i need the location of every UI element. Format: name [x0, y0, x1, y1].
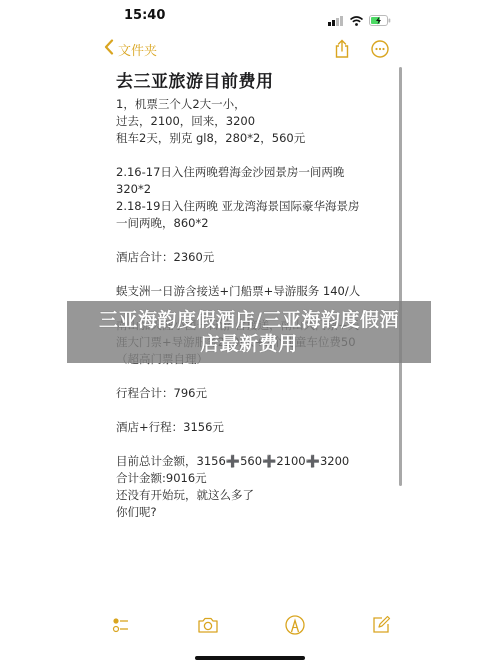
- note-title: 去三亚旅游目前费用: [116, 70, 396, 94]
- cellular-signal-icon: [328, 11, 344, 30]
- note-blank-line: [116, 232, 396, 249]
- note-line: 2.18-19日入住两晚 亚龙湾海景国际豪华海景房: [116, 198, 396, 215]
- more-icon: [370, 39, 390, 59]
- compose-button[interactable]: [370, 614, 392, 636]
- share-icon: [332, 39, 352, 59]
- note-line: 你们呢?: [116, 504, 396, 521]
- more-button[interactable]: [370, 39, 390, 59]
- note-line: 320*2: [116, 181, 396, 198]
- note-line: 2.16-17日入住两晚碧海金沙园景房一间两晚: [116, 164, 396, 181]
- status-icons: [328, 11, 391, 30]
- note-line: 蜈支洲一日游含接送+门船票+导游服务 140/人: [116, 283, 396, 300]
- compose-icon: [370, 614, 392, 636]
- status-time: 15:40: [124, 8, 165, 23]
- overlay-banner: 三亚海韵度假酒店/三亚海韵度假酒 店最新费用: [67, 301, 431, 363]
- note-line: 行程合计：796元: [116, 385, 396, 402]
- note-line: 目前总计金额，3156➕560➕2100➕3200: [116, 453, 396, 470]
- note-blank-line: [116, 147, 396, 164]
- status-bar: 15:40: [0, 0, 500, 34]
- note-line: 一间两晚，860*2: [116, 215, 396, 232]
- note-line: 1，机票三个人2大一小，: [116, 96, 396, 113]
- checklist-icon: [111, 614, 133, 636]
- nav-bar: 文件夹: [0, 34, 500, 66]
- camera-button[interactable]: [197, 614, 219, 636]
- share-button[interactable]: [332, 39, 352, 59]
- checklist-button[interactable]: [111, 614, 133, 636]
- note-line: 租车2天，别克 gl8，280*2，560元: [116, 130, 396, 147]
- camera-icon: [197, 614, 219, 636]
- note-blank-line: [116, 368, 396, 385]
- overlay-title-line1: 三亚海韵度假酒店/三亚海韵度假酒: [99, 308, 399, 332]
- markup-button[interactable]: [284, 614, 306, 636]
- note-line: 过去，2100，回来，3200: [116, 113, 396, 130]
- bottom-toolbar: [0, 612, 500, 642]
- note-blank-line: [116, 436, 396, 453]
- wifi-icon: [350, 11, 363, 30]
- note-line: 还没有开始玩，就这么多了: [116, 487, 396, 504]
- home-indicator[interactable]: [195, 656, 305, 660]
- markup-pen-icon: [284, 614, 306, 636]
- note-line: 合计金额:9016元: [116, 470, 396, 487]
- overlay-title-line2: 店最新费用: [200, 332, 298, 356]
- back-label: 文件夹: [118, 40, 157, 59]
- back-button[interactable]: 文件夹: [104, 39, 157, 59]
- note-line: 酒店+行程：3156元: [116, 419, 396, 436]
- note-blank-line: [116, 402, 396, 419]
- note-line: 酒店合计：2360元: [116, 249, 396, 266]
- note-body[interactable]: 去三亚旅游目前费用 1，机票三个人2大一小，过去，2100，回来，3200租车2…: [116, 70, 396, 521]
- scrollbar[interactable]: [399, 67, 402, 486]
- note-blank-line: [116, 266, 396, 283]
- chevron-left-icon: [104, 39, 114, 59]
- battery-charging-icon: [369, 11, 391, 30]
